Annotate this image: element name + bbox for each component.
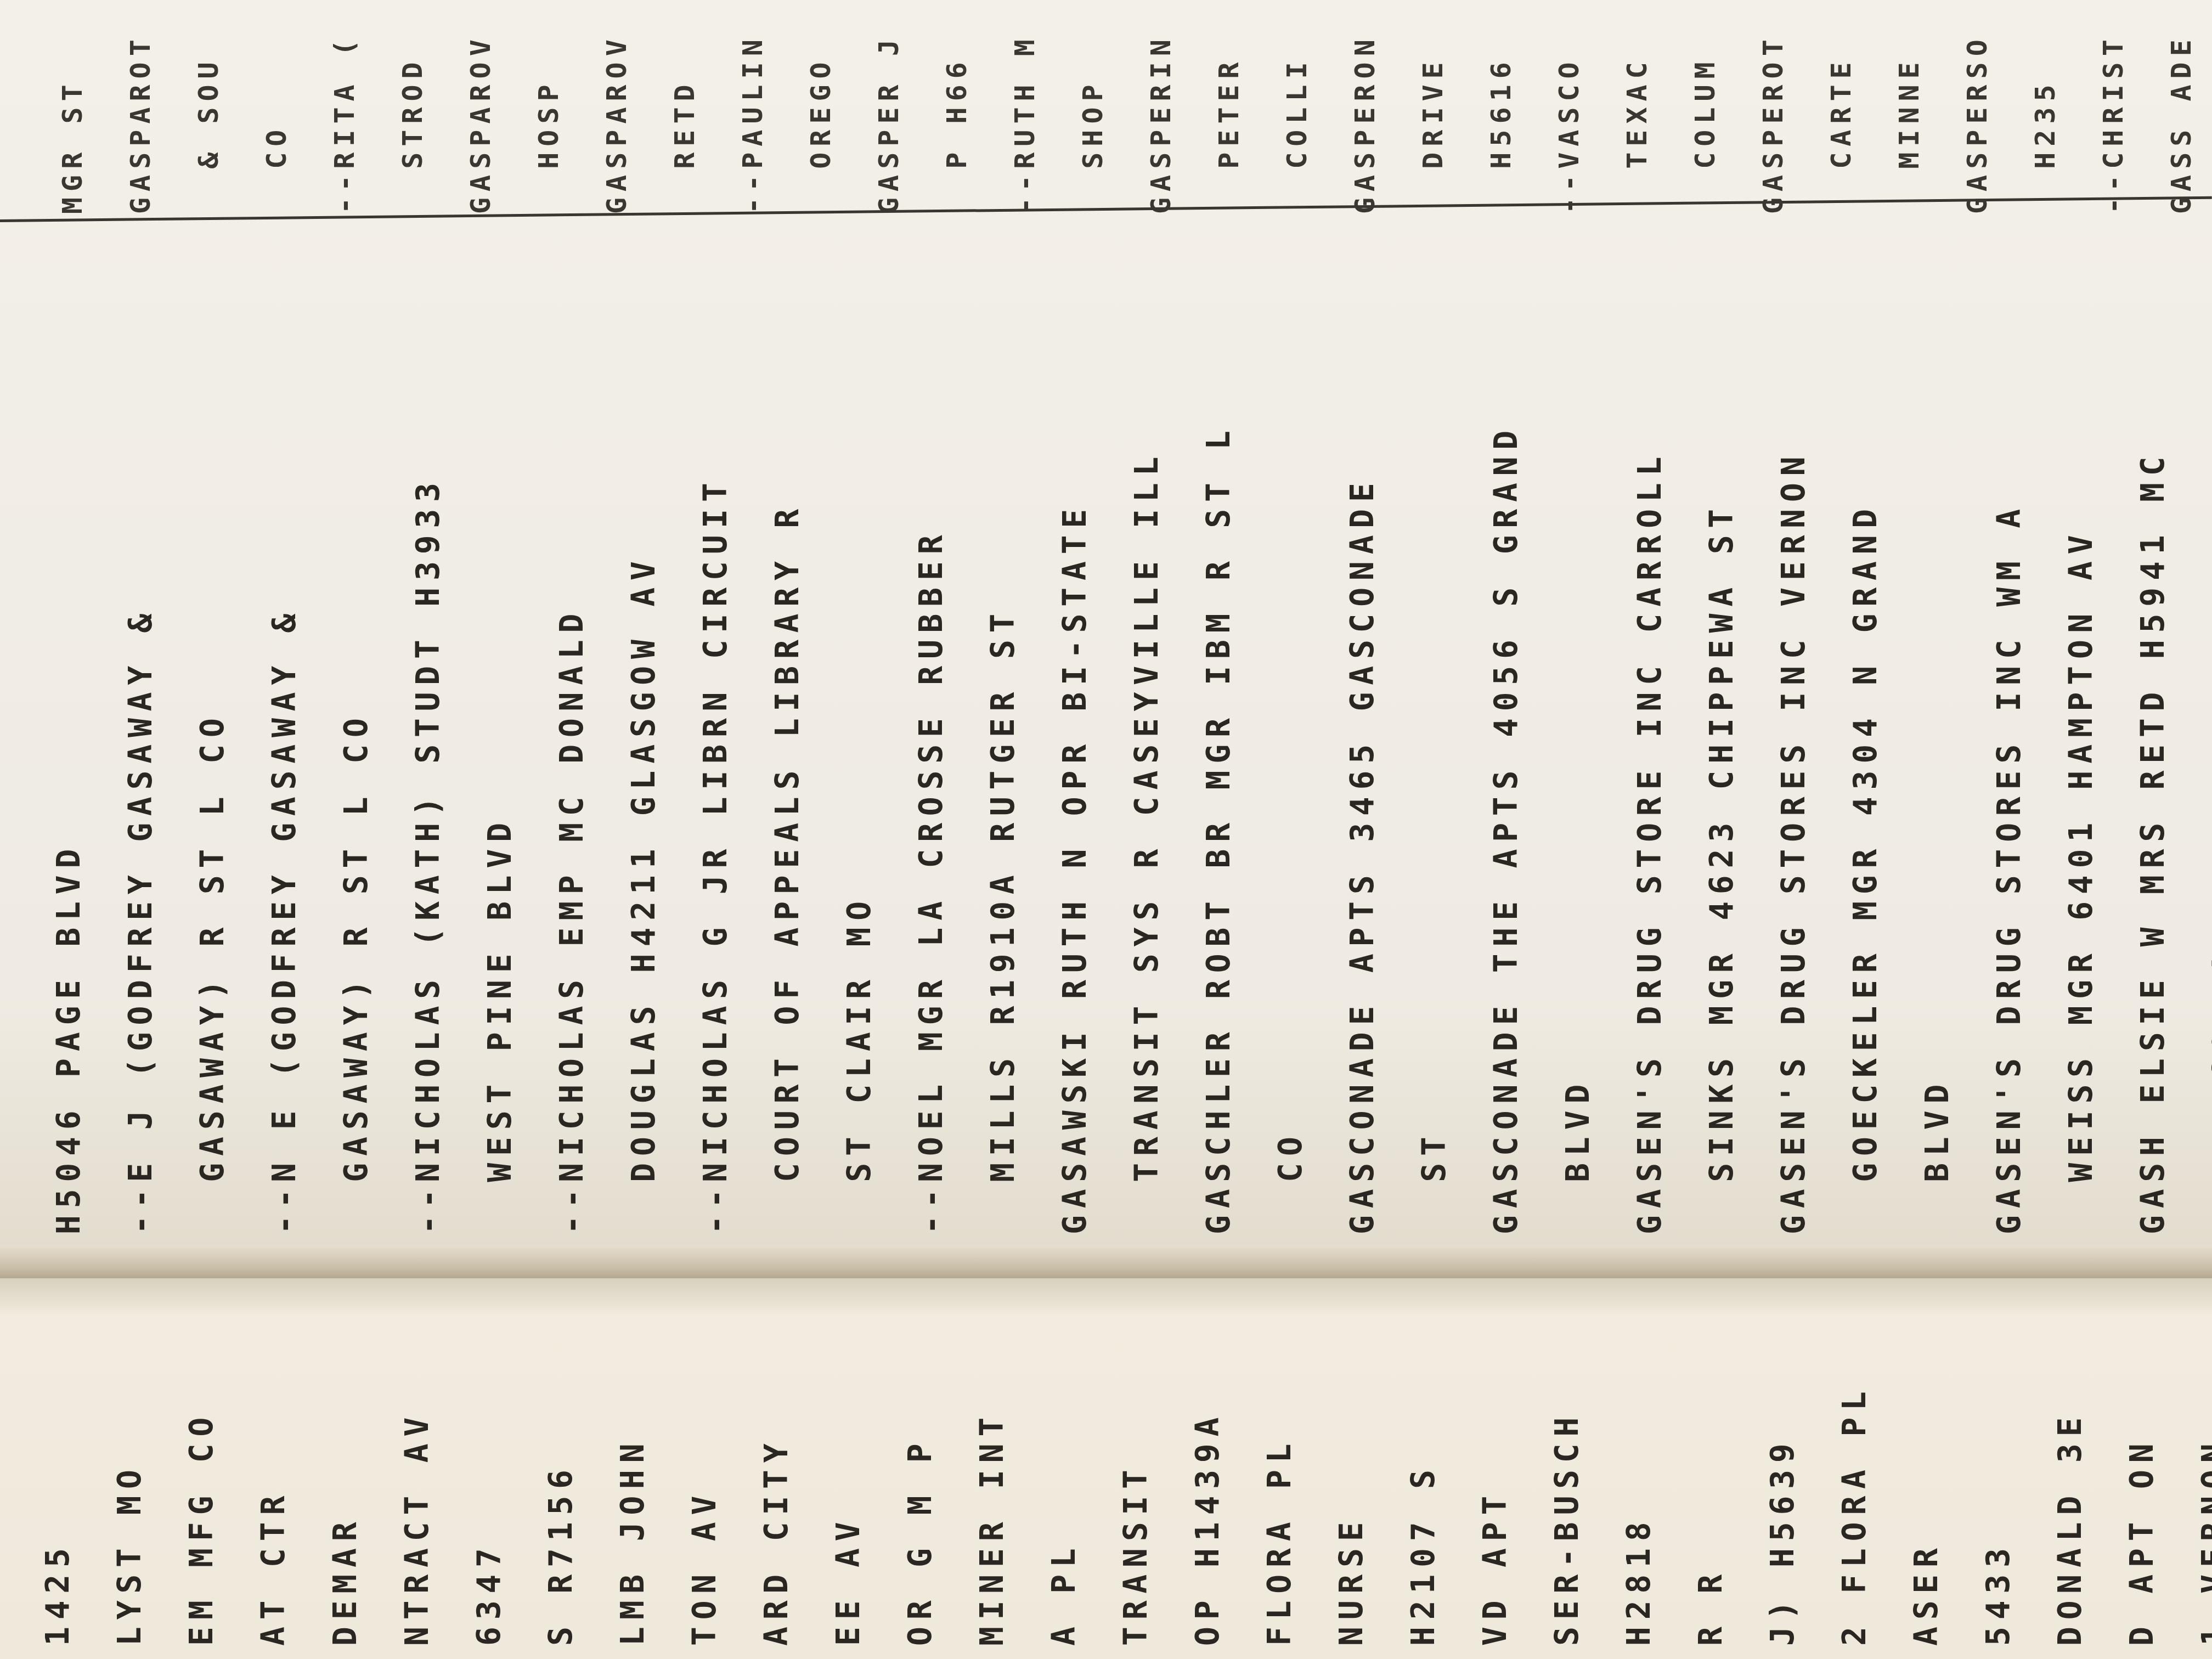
directory-entry-line: H2818	[1603, 1295, 1675, 1646]
directory-entry-line: SINKS MGR 4623 CHIPPEWA ST	[1686, 0, 1758, 1234]
directory-entry-line: GASAWSKI RUTH N OPR BI-STATE	[1039, 0, 1111, 1234]
directory-entry-line: TON AV	[669, 1295, 741, 1646]
directory-entry-line: EM MFG CO	[166, 1295, 238, 1646]
directory-entry-line: GASCONADE THE APTS 4056 S GRAND	[1470, 0, 1542, 1234]
directory-entry-line: H2107 S	[1387, 1295, 1459, 1646]
directory-entry-line: GASEN'S DRUG STORE INC CARROLL	[1614, 0, 1686, 1234]
directory-entry-line: J) H5639	[1747, 1295, 1819, 1646]
directory-entry-line: ST CLAIR MO	[823, 0, 895, 1234]
directory-entry-line: AT CTR	[238, 1295, 309, 1646]
directory-entry-line: VD APT	[1459, 1295, 1531, 1646]
directory-entry-line: --NICHOLAS G JR LIBRN CIRCUIT	[680, 0, 752, 1234]
directory-entry-line: FLORA PL	[1244, 1295, 1316, 1646]
directory-entry-line: 5433	[1962, 1295, 2034, 1646]
directory-entry-line: LYST MO	[94, 1295, 166, 1646]
directory-entry-line: 6347	[453, 1295, 525, 1646]
directory-entry-line: A PL	[1028, 1295, 1100, 1646]
directory-entry-line: PHERSON AV	[2189, 0, 2212, 1234]
directory-entry-line: EE AV	[812, 1295, 884, 1646]
directory-entry-line: BLVD	[1901, 0, 1973, 1234]
directory-entry-line: GASCONADE APTS 3465 GASCONADE	[1327, 0, 1398, 1234]
directory-entry-line: 2 FLORA PL	[1819, 1295, 1891, 1646]
directory-entry-line: BLVD	[1542, 0, 1614, 1234]
directory-entry-line: COURT OF APPEALS LIBRARY R	[752, 0, 823, 1234]
directory-entry-line: D APT ON	[2106, 1295, 2178, 1646]
directory-entry-line: GOECKELER MGR 4304 N GRAND	[1830, 0, 1901, 1234]
directory-entry-line: GASCHLER ROBT BR MGR IBM R ST L	[1183, 0, 1255, 1234]
directory-entry-line: R R	[1675, 1295, 1747, 1646]
directory-entry-line: DEMAR	[309, 1295, 381, 1646]
directory-entry-line: WEST PINE BLVD	[464, 0, 536, 1234]
directory-entry-line: DOUGLAS H4211 GLASGOW AV	[608, 0, 680, 1234]
directory-entry-line: TRANSIT	[1100, 1295, 1172, 1646]
directory-entry-line: MINER INT	[956, 1295, 1028, 1646]
directory-entry-line: MILLS R1910A RUTGER ST	[967, 0, 1039, 1234]
directory-entry-line: GASEN'S DRUG STORES INC WM A	[1973, 0, 2045, 1234]
directory-entry-line: DONALD 3E	[2034, 1295, 2106, 1646]
directory-entry-line: GASH ELSIE W MRS RETD H5941 MC	[2117, 0, 2189, 1234]
directory-entry-line: CO	[1255, 0, 1327, 1234]
directory-entry-line: LMB JOHN	[597, 1295, 669, 1646]
directory-entry-line: NURSE	[1316, 1295, 1387, 1646]
directory-main-column: H5046 PAGE BLVD--E J (GODFREY GASAWAY & …	[33, 0, 2212, 1234]
directory-entry-line: --E J (GODFREY GASAWAY &	[105, 0, 177, 1234]
directory-entry-line: ASER	[1891, 1295, 1962, 1646]
directory-left-page-column: 1425LYST MOEM MFG COAT CTRDEMARNTRACT AV…	[22, 1295, 2212, 1646]
directory-entry-line: --NICHOLAS EMP MC DONALD	[536, 0, 608, 1234]
directory-entry-line: ARD CITY	[741, 1295, 812, 1646]
directory-entry-line: H5046 PAGE BLVD	[33, 0, 105, 1234]
directory-entry-line: WEISS MGR 6401 HAMPTON AV	[2045, 0, 2117, 1234]
directory-entry-line: GASEN'S DRUG STORES INC VERNON	[1758, 0, 1830, 1234]
directory-entry-line: 1425	[22, 1295, 94, 1646]
directory-entry-line: --NOEL MGR LA CROSSE RUBBER	[895, 0, 967, 1234]
directory-entry-line: OR G M P	[884, 1295, 956, 1646]
directory-entry-line: S R7156	[525, 1295, 597, 1646]
directory-entry-line: GASAWAY) R ST L CO	[320, 0, 392, 1234]
directory-entry-line: GASAWAY) R ST L CO	[177, 0, 249, 1234]
directory-entry-line: 1 VERNON	[2178, 1295, 2212, 1646]
directory-entry-line: OP H1439A	[1172, 1295, 1244, 1646]
directory-entry-line: NTRACT AV	[381, 1295, 453, 1646]
directory-entry-line: TRANSIT SYS R CASEYVILLE ILL	[1111, 0, 1183, 1234]
directory-entry-line: --N E (GODFREY GASAWAY &	[249, 0, 320, 1234]
directory-entry-line: --NICHOLAS (KATH) STUDT H3933	[392, 0, 464, 1234]
directory-entry-line: SER-BUSCH	[1531, 1295, 1603, 1646]
directory-entry-line: ST	[1398, 0, 1470, 1234]
